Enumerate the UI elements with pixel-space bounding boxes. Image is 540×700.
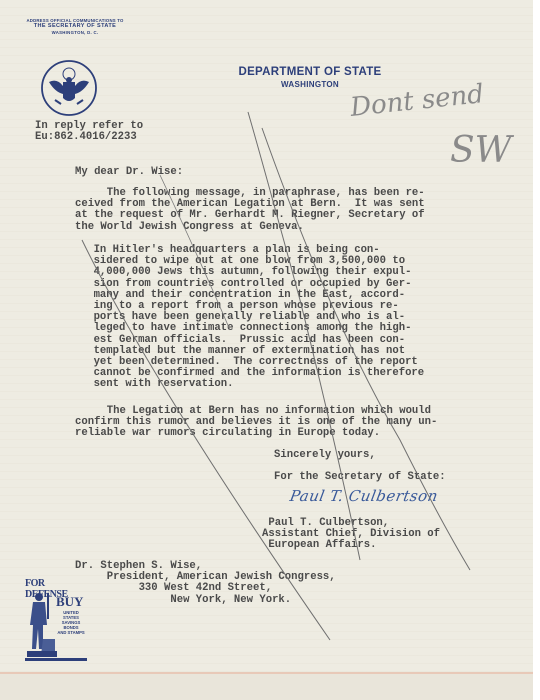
pencil-strike-lines xyxy=(0,0,540,700)
